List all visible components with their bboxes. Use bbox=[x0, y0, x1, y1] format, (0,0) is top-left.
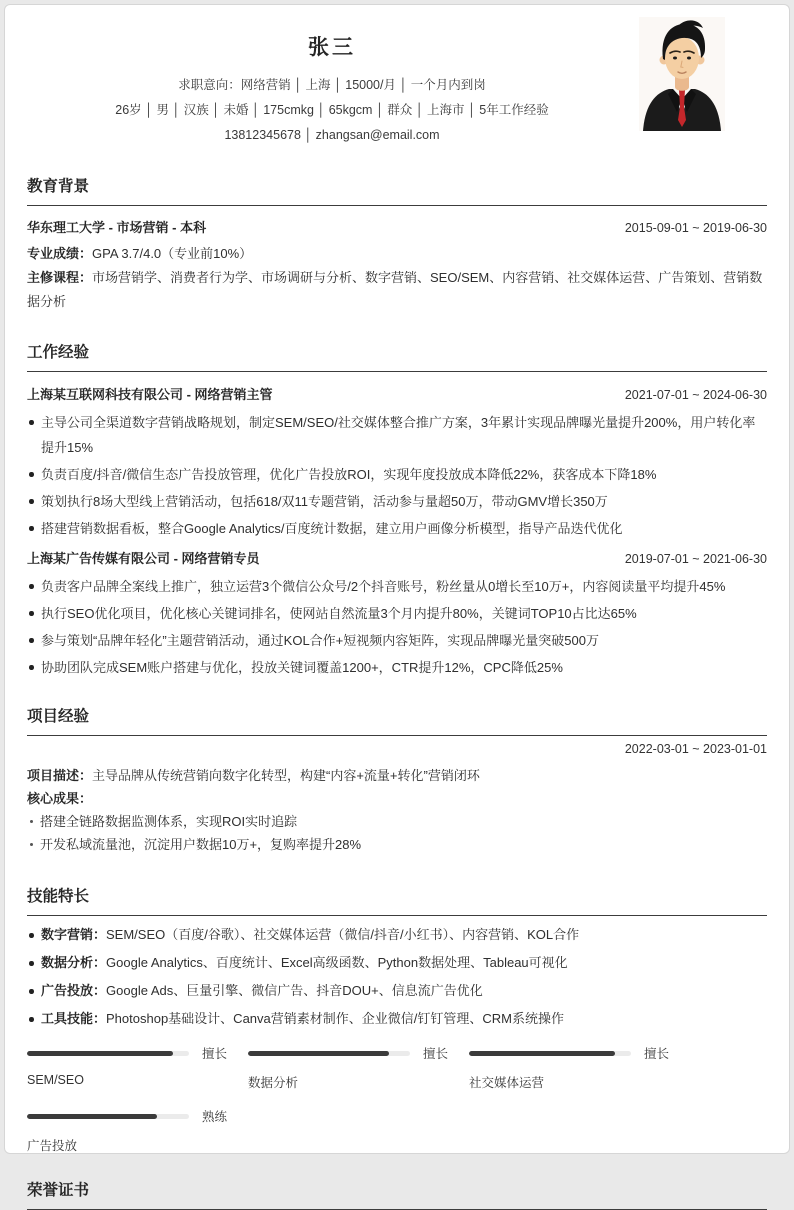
project-results-label: 核心成果： bbox=[27, 787, 767, 810]
courses-value: 市场营销学、消费者行为学、市场调研与分析、数字营销、SEO/SEM、内容营销、社… bbox=[27, 270, 762, 309]
skill-item: 数字营销：SEM/SEO（百度/谷歌）、社交媒体运营（微信/抖音/小红书）、内容… bbox=[27, 922, 767, 948]
bar-level: 擅长 bbox=[202, 1044, 227, 1062]
bar-track bbox=[248, 1051, 410, 1056]
skill-item: 数据分析：Google Analytics、百度统计、Excel高级函数、Pyt… bbox=[27, 950, 767, 976]
skill-label: 广告投放： bbox=[41, 983, 106, 998]
bar-track bbox=[27, 1051, 189, 1056]
education-date: 2015-09-01 ~ 2019-06-30 bbox=[625, 221, 767, 235]
job-entry: 上海某广告传媒有限公司 - 网络营销专员 2019-07-01 ~ 2021-0… bbox=[27, 548, 767, 680]
section-education: 教育背景 华东理工大学 - 市场营销 - 本科 2015-09-01 ~ 201… bbox=[27, 174, 767, 314]
job-bullet: 负责百度/抖音/微信生态广告投放管理，优化广告投放ROI，实现年度投放成本降低2… bbox=[27, 462, 767, 487]
job-bullet: 协助团队完成SEM账户搭建与优化，投放关键词覆盖1200+，CTR提升12%，C… bbox=[27, 655, 767, 680]
gpa-label: 专业成绩： bbox=[27, 246, 92, 261]
bar-skill-name: 社交媒体运营 bbox=[469, 1073, 690, 1091]
bar-fill bbox=[469, 1051, 615, 1056]
section-skills: 技能特长 数字营销：SEM/SEO（百度/谷歌）、社交媒体运营（微信/抖音/小红… bbox=[27, 884, 767, 1123]
skill-label: 数据分析： bbox=[41, 955, 106, 970]
skills-section-title: 技能特长 bbox=[27, 884, 767, 916]
skill-text: Photoshop基础设计、Canva营销素材制作、企业微信/钉钉管理、CRM系… bbox=[106, 1011, 564, 1026]
job-bullet: 主导公司全渠道数字营销战略规划，制定SEM/SEO/社交媒体整合推广方案，3年累… bbox=[27, 410, 767, 460]
project-description: 项目描述：主导品牌从传统营销向数字化转型，构建“内容+流量+转化”营销闭环 bbox=[27, 764, 767, 787]
job-intention-line: 求职意向：网络营销 │ 上海 │ 15000/月 │ 一个月内到岗 bbox=[27, 73, 637, 98]
bar-track bbox=[469, 1051, 631, 1056]
resume-page: 张三 求职意向：网络营销 │ 上海 │ 15000/月 │ 一个月内到岗 26岁… bbox=[4, 4, 790, 1123]
education-courses-row: 主修课程：市场营销学、消费者行为学、市场调研与分析、数字营销、SEO/SEM、内… bbox=[27, 266, 767, 314]
bar-level: 擅长 bbox=[644, 1044, 669, 1062]
skill-bar: 擅长 数据分析 bbox=[248, 1044, 469, 1091]
bar-level: 擅长 bbox=[423, 1044, 448, 1062]
personal-info-line: 26岁 │ 男 │ 汉族 │ 未婚 │ 175cmkg │ 65kgcm │ 群… bbox=[27, 98, 637, 123]
education-section-title: 教育背景 bbox=[27, 174, 767, 206]
skill-bar: 擅长 SEM/SEO bbox=[27, 1044, 248, 1091]
resume-header: 张三 求职意向：网络营销 │ 上海 │ 15000/月 │ 一个月内到岗 26岁… bbox=[27, 5, 767, 148]
section-work: 工作经验 上海某互联网科技有限公司 - 网络营销主管 2021-07-01 ~ … bbox=[27, 340, 767, 680]
skill-label: 数字营销： bbox=[41, 927, 106, 942]
header-text-block: 张三 求职意向：网络营销 │ 上海 │ 15000/月 │ 一个月内到岗 26岁… bbox=[27, 31, 637, 148]
project-result: 开发私域流量池，沉淀用户数据10万+，复购率提升28% bbox=[27, 833, 767, 856]
contact-info-line: 13812345678 │ zhangsan@email.com bbox=[27, 123, 637, 148]
courses-label: 主修课程： bbox=[27, 270, 92, 285]
gpa-value: GPA 3.7/4.0（专业前10%） bbox=[92, 246, 252, 261]
project-section-title: 项目经验 bbox=[27, 704, 767, 736]
job-entry: 上海某互联网科技有限公司 - 网络营销主管 2021-07-01 ~ 2024-… bbox=[27, 384, 767, 541]
bar-fill bbox=[248, 1051, 389, 1056]
candidate-name: 张三 bbox=[27, 31, 637, 61]
skill-text: Google Analytics、百度统计、Excel高级函数、Python数据… bbox=[106, 955, 568, 970]
job-company: 上海某互联网科技有限公司 - 网络营销主管 bbox=[27, 384, 273, 403]
education-gpa-row: 专业成绩：GPA 3.7/4.0（专业前10%） bbox=[27, 242, 767, 266]
project-desc-label: 项目描述： bbox=[27, 768, 92, 783]
bar-fill bbox=[27, 1114, 157, 1119]
work-section-title: 工作经验 bbox=[27, 340, 767, 372]
skill-bars: 擅长 SEM/SEO 擅长 数据分析 擅长 社交媒体运营 bbox=[27, 1044, 767, 1123]
skill-item: 工具技能：Photoshop基础设计、Canva营销素材制作、企业微信/钉钉管理… bbox=[27, 1006, 767, 1032]
job-company: 上海某广告传媒有限公司 - 网络营销专员 bbox=[27, 548, 260, 567]
skill-bar: 擅长 社交媒体运营 bbox=[469, 1044, 690, 1091]
skill-text: Google Ads、巨量引擎、微信广告、抖音DOU+、信息流广告优化 bbox=[106, 983, 483, 998]
bar-skill-name: SEM/SEO bbox=[27, 1073, 248, 1087]
skill-text: SEM/SEO（百度/谷歌）、社交媒体运营（微信/抖音/小红书）、内容营销、KO… bbox=[106, 927, 579, 942]
bar-fill bbox=[27, 1051, 173, 1056]
skill-bar: 熟练 广告投放 bbox=[27, 1107, 248, 1123]
job-bullet: 参与策划“品牌年轻化”主题营销活动，通过KOL合作+短视频内容矩阵，实现品牌曝光… bbox=[27, 628, 767, 653]
skill-label: 工具技能： bbox=[41, 1011, 106, 1026]
avatar-man-icon bbox=[639, 17, 725, 131]
job-bullet: 负责客户品牌全案线上推广，独立运营3个微信公众号/2个抖音账号，粉丝量从0增长至… bbox=[27, 574, 767, 599]
bar-track bbox=[27, 1114, 189, 1119]
project-date: 2022-03-01 ~ 2023-01-01 bbox=[625, 742, 767, 756]
project-result: 搭建全链路数据监测体系，实现ROI实时追踪 bbox=[27, 810, 767, 833]
education-school: 华东理工大学 - 市场营销 - 本科 bbox=[27, 217, 206, 236]
bar-skill-name: 数据分析 bbox=[248, 1073, 469, 1091]
job-bullet: 搭建营销数据看板，整合Google Analytics/百度统计数据，建立用户画… bbox=[27, 516, 767, 541]
section-project: 项目经验 2022-03-01 ~ 2023-01-01 项目描述：主导品牌从传… bbox=[27, 704, 767, 856]
job-date: 2021-07-01 ~ 2024-06-30 bbox=[625, 388, 767, 402]
job-bullet: 策划执行8场大型线上营销活动，包括618/双11专题营销，活动参与量超50万，带… bbox=[27, 489, 767, 514]
profile-photo bbox=[639, 17, 725, 131]
project-desc-text: 主导品牌从传统营销向数字化转型，构建“内容+流量+转化”营销闭环 bbox=[92, 768, 480, 783]
job-bullet: 执行SEO优化项目，优化核心关键词排名，使网站自然流量3个月内提升80%，关键词… bbox=[27, 601, 767, 626]
skill-item: 广告投放：Google Ads、巨量引擎、微信广告、抖音DOU+、信息流广告优化 bbox=[27, 978, 767, 1004]
bar-level: 熟练 bbox=[202, 1107, 227, 1123]
job-date: 2019-07-01 ~ 2021-06-30 bbox=[625, 552, 767, 566]
